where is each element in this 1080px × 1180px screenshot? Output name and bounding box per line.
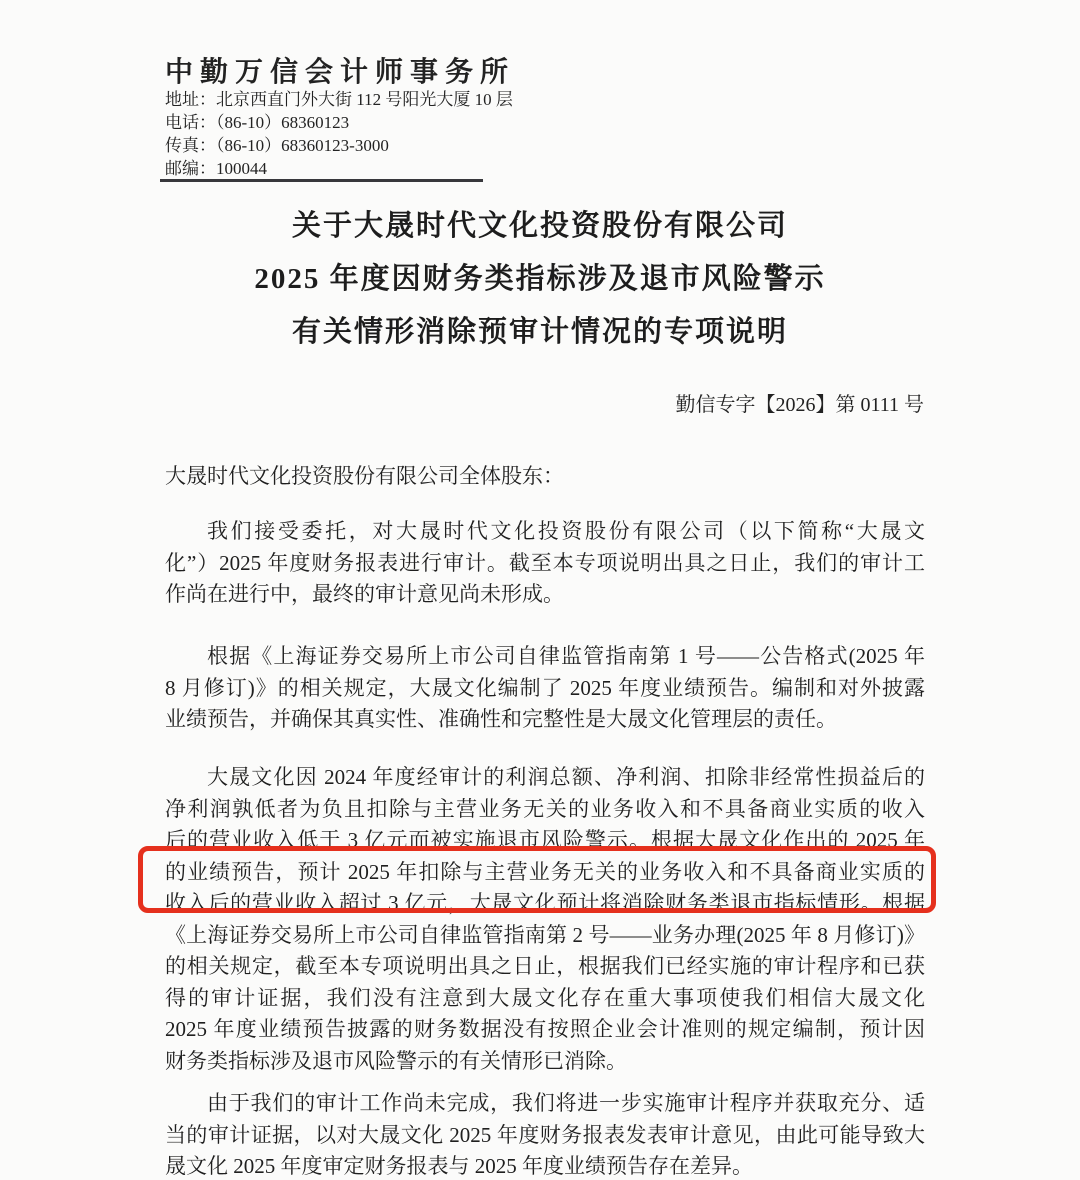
text-line: 由于我们的审计工作尚未完成，我们将进一步实施审计程序并获取充分、适 <box>165 1088 925 1120</box>
text-line: 8 月修订)》的相关规定，大晟文化编制了 2025 年度业绩预告。编制和对外披露 <box>165 673 925 705</box>
text-line: 《上海证券交易所上市公司自律监管指南第 2 号——业务办理(2025 年 8 月… <box>165 920 925 952</box>
text-line: 晟文化 2025 年度审定财务报表与 2025 年度业绩预告存在差异。 <box>165 1151 925 1180</box>
text-line: 的业绩预告，预计 2025 年扣除与主营业务无关的业务收入和不具备商业实质的 <box>165 857 925 889</box>
highlighted-passage: 的业绩预告，预计 2025 年扣除与主营业务无关的业务收入和不具备商业实质的 收… <box>165 857 925 920</box>
text-line: 后的营业收入低于 3 亿元而被实施退市风险警示。根据大晟文化作出的 2025 年 <box>165 825 925 857</box>
title-line: 关于大晟时代文化投资股份有限公司 <box>0 200 1080 253</box>
text-line: 业绩预告，并确保其真实性、准确性和完整性是大晟文化管理层的责任。 <box>165 704 925 736</box>
title-line: 有关情形消除预审计情况的专项说明 <box>0 306 1080 359</box>
document-page: 中勤万信会计师事务所 地址：北京西直门外大街 112 号阳光大厦 10 层 电话… <box>0 0 1080 1180</box>
contact-line-address: 地址：北京西直门外大街 112 号阳光大厦 10 层 <box>165 88 513 111</box>
title-line: 2025 年度因财务类指标涉及退市风险警示 <box>0 253 1080 306</box>
text-line: 作尚在进行中，最终的审计意见尚未形成。 <box>165 579 925 611</box>
text-line: 化”）2025 年度财务报表进行审计。截至本专项说明出具之日止，我们的审计工 <box>165 548 925 580</box>
letterhead-contact-block: 地址：北京西直门外大街 112 号阳光大厦 10 层 电话：（86-10）683… <box>165 88 513 180</box>
doc-number: 勤信专字【2026】第 0111 号 <box>675 388 924 417</box>
paragraph-4: 由于我们的审计工作尚未完成，我们将进一步实施审计程序并获取充分、适 当的审计证据… <box>165 1088 925 1180</box>
paragraph-2: 根据《上海证券交易所上市公司自律监管指南第 1 号——公告格式(2025 年 8… <box>165 641 925 736</box>
text-line: 得的审计证据，我们没有注意到大晟文化存在重大事项使我们相信大晟文化 <box>165 983 925 1015</box>
text-line: 根据《上海证券交易所上市公司自律监管指南第 1 号——公告格式(2025 年 <box>165 641 925 673</box>
contact-line-fax: 传真：（86-10）68360123-3000 <box>165 134 513 157</box>
text-line: 收入后的营业收入超过 3 亿元，大晟文化预计将消除财务类退市指标情形。根据 <box>165 888 925 920</box>
text-line: 财务类指标涉及退市风险警示的有关情形已消除。 <box>165 1046 925 1078</box>
text-line: 净利润孰低者为负且扣除与主营业务无关的业务收入和不具备商业实质的收入 <box>165 794 925 826</box>
text-line: 大晟文化因 2024 年度经审计的利润总额、净利润、扣除非经常性损益后的 <box>165 762 925 794</box>
text-line: 我们接受委托，对大晟时代文化投资股份有限公司（以下简称“大晟文 <box>165 516 925 548</box>
text-line: 2025 年度业绩预告披露的财务数据没有按照企业会计准则的规定编制，预计因 <box>165 1014 925 1046</box>
document-title: 关于大晟时代文化投资股份有限公司 2025 年度因财务类指标涉及退市风险警示 有… <box>0 200 1080 359</box>
text-line: 的相关规定，截至本专项说明出具之日止，根据我们已经实施的审计程序和已获 <box>165 951 925 983</box>
paragraph-1: 我们接受委托，对大晟时代文化投资股份有限公司（以下简称“大晟文 化”）2025 … <box>165 516 925 611</box>
contact-line-zip: 邮编：100044 <box>165 157 513 180</box>
salutation: 大晟时代文化投资股份有限公司全体股东： <box>165 460 564 490</box>
letterhead-divider <box>160 179 483 182</box>
paragraph-3: 大晟文化因 2024 年度经审计的利润总额、净利润、扣除非经常性损益后的 净利润… <box>165 762 925 1077</box>
text-line: 当的审计证据，以对大晟文化 2025 年度财务报表发表审计意见，由此可能导致大 <box>165 1120 925 1152</box>
firm-name: 中勤万信会计师事务所 <box>165 50 515 90</box>
contact-line-phone: 电话：（86-10）68360123 <box>165 111 513 134</box>
